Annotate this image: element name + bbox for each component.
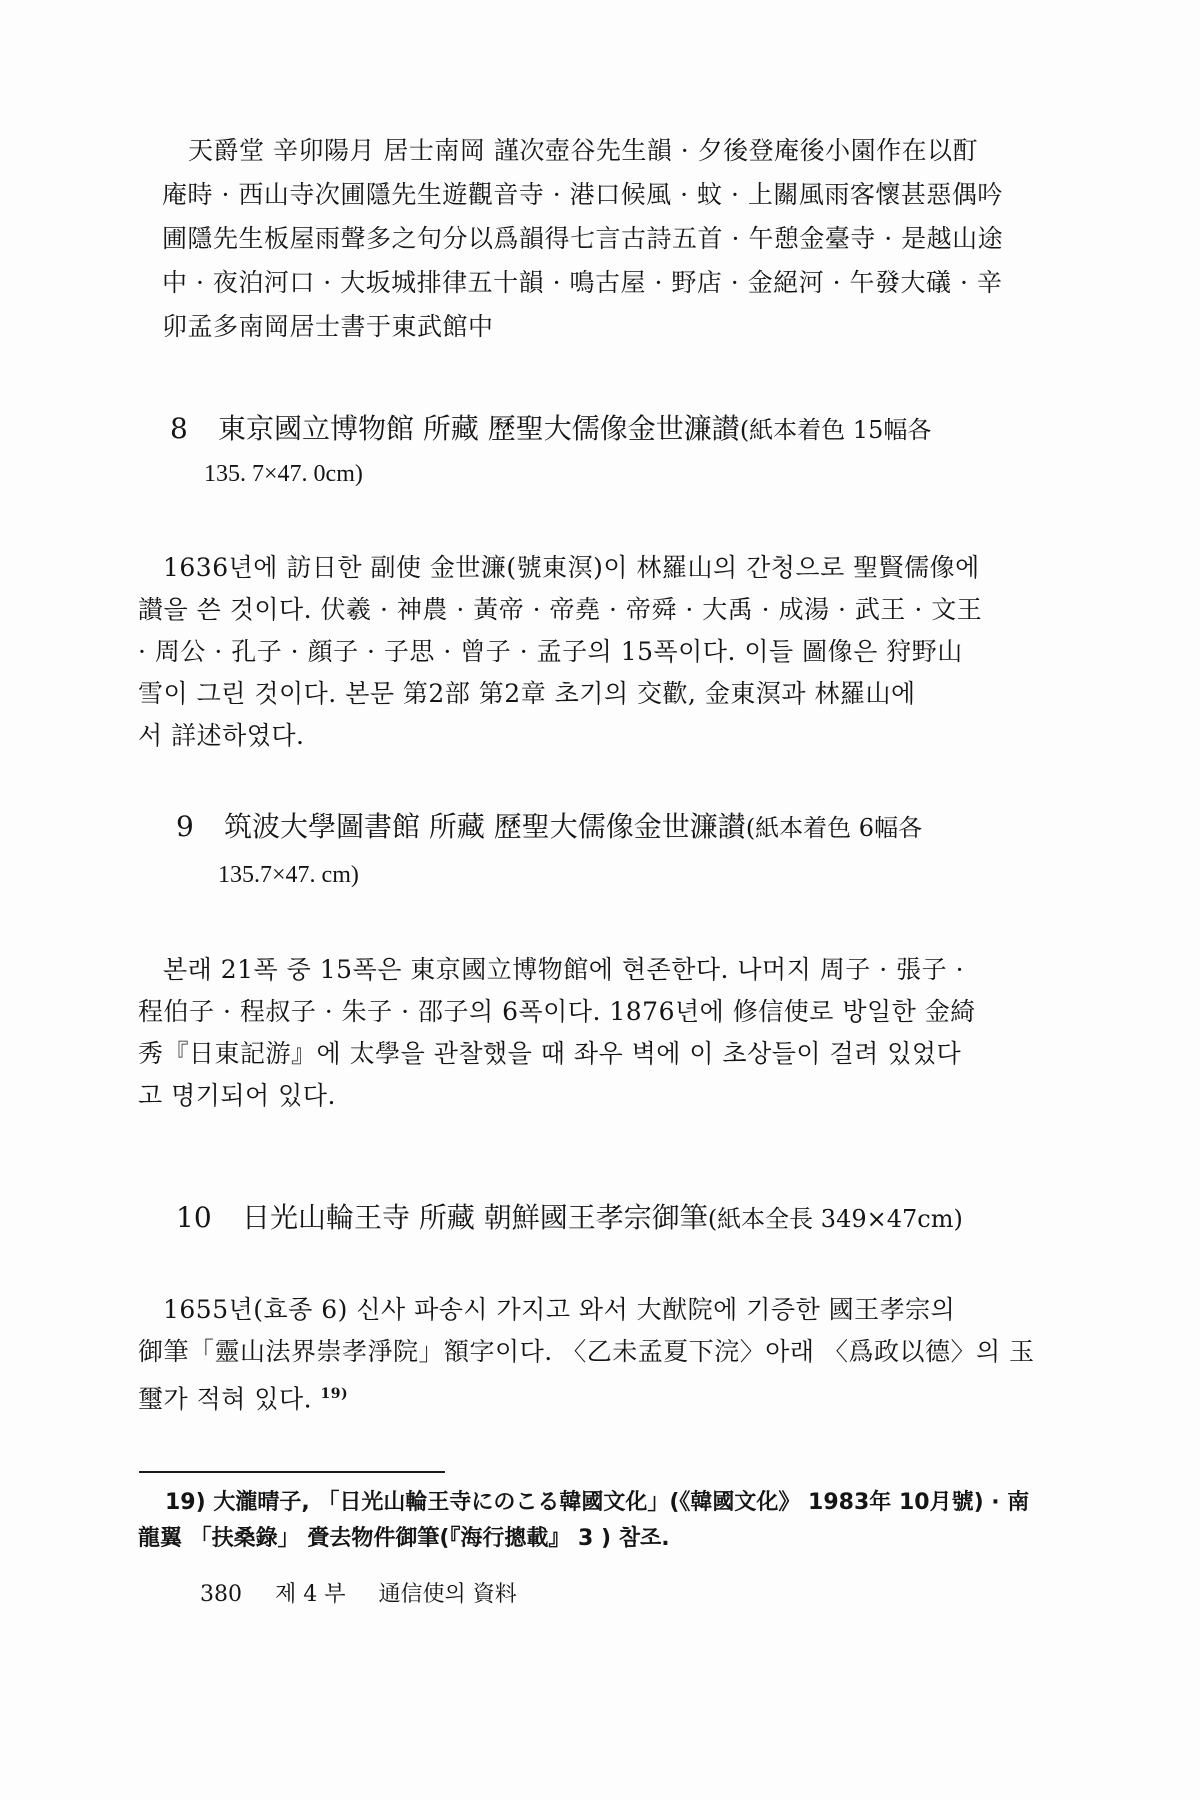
- entry-body-line: 1655년(효종 6) 신사 파송시 가지고 와서 大猷院에 기증한 國王孝宗의: [163, 1293, 955, 1327]
- footnote-line: 龍翼 「扶桑錄」 賫去物件御筆(『海行摠載』 3 ) 참조.: [138, 1522, 670, 1556]
- entry-spec: (紙本着色 6幅各: [746, 814, 922, 842]
- entry-heading: 9筑波大學圖書館 所藏 歷聖大儒像金世濂讃(紙本着色 6幅各: [176, 808, 922, 847]
- intro-line: 中 · 夜泊河口 · 大坂城排律五十韻 · 鳴古屋 · 野店 · 金絕河 · 午…: [162, 266, 1002, 300]
- entry-body-line: 본래 21폭 중 15폭은 東京國立博物館에 현존한다. 나머지 周子 · 張子…: [163, 953, 964, 987]
- intro-line: 天爵堂 辛卯陽月 居士南岡 謹次壺谷先生韻 · 夕後登庵後小園作在以酊: [188, 134, 978, 168]
- page-number: 380: [200, 1582, 242, 1607]
- footnote-divider: [139, 1471, 445, 1473]
- entry-title: 日光山輪王寺 所藏 朝鮮國王孝宗御筆: [242, 1201, 708, 1234]
- entry-body-line: 雪이 그린 것이다. 본문 第2部 第2章 초기의 交歡, 金東溟과 林羅山에: [138, 677, 916, 711]
- document-page: 天爵堂 辛卯陽月 居士南岡 謹次壺谷先生韻 · 夕後登庵後小園作在以酊 庵時 ·…: [0, 0, 1200, 1800]
- footer-section-title: 通信使의 資料: [379, 1582, 517, 1607]
- entry-heading: 10日光山輪王寺 所藏 朝鮮國王孝宗御筆(紙本全長 349×47cm): [176, 1199, 963, 1238]
- entry-number: 10: [176, 1199, 242, 1237]
- entry-title: 筑波大學圖書館 所藏 歷聖大儒像金世濂讃: [224, 810, 746, 843]
- entry-body-text: 璽가 적혀 있다.: [138, 1384, 312, 1413]
- entry-body-line: 서 詳述하였다.: [138, 719, 305, 753]
- entry-number: 8: [170, 410, 218, 448]
- intro-line: 圃隱先生板屋雨聲多之句分以爲韻得七言古詩五首 · 午憩金臺寺 · 是越山途: [162, 222, 1003, 256]
- entry-title: 東京國立博物館 所藏 歷聖大儒像金世濂讃: [218, 412, 740, 445]
- intro-line: 卯孟多南岡居士書于東武館中: [162, 310, 494, 344]
- entry-spec: (紙本着色 15幅各: [740, 416, 932, 444]
- entry-body-line: 讃을 쓴 것이다. 伏羲 · 神農 · 黃帝 · 帝堯 · 帝舜 · 大禹 · …: [138, 593, 982, 627]
- footnote-reference[interactable]: 19): [321, 1386, 349, 1402]
- entry-body-line: 程伯子 · 程叔子 · 朱子 · 邵子의 6폭이다. 1876년에 修信使로 방…: [138, 995, 976, 1029]
- entry-body-line: · 周公 · 孔子 · 顔子 · 子思 · 曾子 · 孟子의 15폭이다. 이들…: [138, 635, 963, 669]
- entry-spec: (紙本全長 349×47cm): [708, 1205, 963, 1233]
- entry-body-line: 秀『日東記游』에 太學을 관찰했을 때 좌우 벽에 이 초상들이 걸려 있었다: [138, 1037, 961, 1071]
- page-footer: 380 제 4 부 通信使의 資料: [200, 1580, 543, 1610]
- entry-dimensions: 135. 7×47. 0cm): [204, 457, 363, 491]
- entry-number: 9: [176, 808, 224, 846]
- entry-body-line: 고 명기되어 있다.: [138, 1079, 336, 1113]
- entry-heading: 8東京國立博物館 所藏 歷聖大儒像金世濂讃(紙本着色 15幅各: [170, 410, 931, 449]
- entry-body-line: 御筆「靈山法界崇孝淨院」額字이다. 〈乙未孟夏下浣〉아래 〈爲政以德〉의 玉: [138, 1335, 1035, 1369]
- footnote-line: 19) 大瀧晴子, 「日光山輪王寺にのこる韓國文化」(《韓國文化》 1983年 …: [165, 1486, 1029, 1520]
- entry-body-line: 璽가 적혀 있다. 19): [138, 1377, 348, 1416]
- intro-line: 庵時 · 西山寺次圃隱先生遊觀音寺 · 港口候風 · 蚊 · 上關風雨客懷甚惡偶…: [162, 178, 1003, 212]
- entry-body-line: 1636년에 訪日한 副使 金世濂(號東溟)이 林羅山의 간청으로 聖賢儒像에: [163, 551, 980, 585]
- footer-part: 제 4 부: [275, 1582, 346, 1607]
- entry-dimensions: 135.7×47. cm): [218, 858, 359, 892]
